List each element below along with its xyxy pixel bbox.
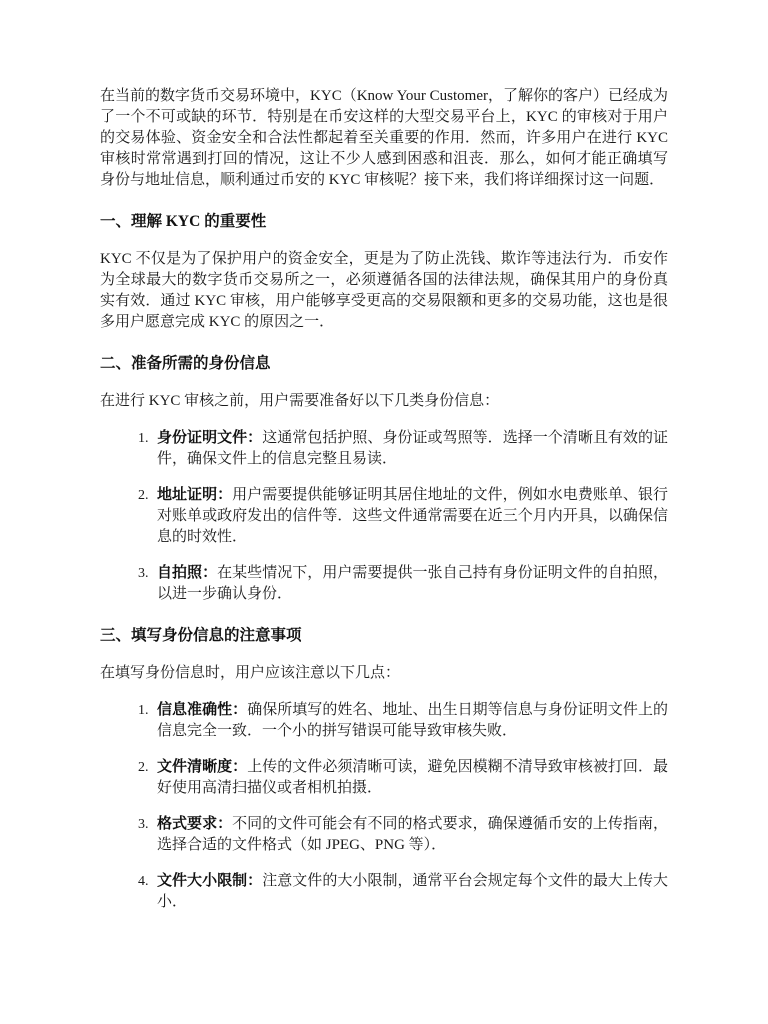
section-1-heading: 一、理解 KYC 的重要性 [100, 212, 668, 232]
list-item: 文件大小限制：注意文件的大小限制，通常平台会规定每个文件的最大上传大小． [138, 871, 668, 913]
list-item-label: 文件清晰度： [157, 759, 247, 775]
list-item-label: 信息准确性： [157, 702, 247, 718]
filling-notes-list: 信息准确性：确保所填写的姓名、地址、出生日期等信息与身份证明文件上的信息完全一致… [138, 700, 668, 913]
list-item-label: 格式要求： [157, 816, 232, 832]
section-2-paragraph: 在进行 KYC 审核之前，用户需要准备好以下几类身份信息： [100, 391, 668, 412]
section-3-paragraph: 在填写身份信息时，用户应该注意以下几点： [100, 663, 668, 684]
list-item-text: 用户需要提供能够证明其居住地址的文件，例如水电费账单、银行对账单或政府发出的信件… [157, 487, 668, 545]
list-item: 自拍照：在某些情况下，用户需要提供一张自己持有身份证明文件的自拍照，以进一步确认… [138, 563, 668, 605]
section-3-heading: 三、填写身份信息的注意事项 [100, 626, 668, 646]
list-item-label: 文件大小限制： [157, 873, 262, 889]
identity-info-list: 身份证明文件：这通常包括护照、身份证或驾照等．选择一个清晰且有效的证件，确保文件… [138, 428, 668, 605]
document-page: 在当前的数字货币交易环境中，KYC（Know Your Customer，了解你… [0, 0, 768, 1024]
list-item-text: 不同的文件可能会有不同的格式要求，确保遵循币安的上传指南，选择合适的文件格式（如… [157, 816, 668, 853]
list-item: 身份证明文件：这通常包括护照、身份证或驾照等．选择一个清晰且有效的证件，确保文件… [138, 428, 668, 470]
list-item: 格式要求：不同的文件可能会有不同的格式要求，确保遵循币安的上传指南，选择合适的文… [138, 814, 668, 856]
intro-paragraph: 在当前的数字货币交易环境中，KYC（Know Your Customer，了解你… [100, 86, 668, 191]
list-item-label: 自拍照： [157, 565, 217, 581]
section-1-paragraph: KYC 不仅是为了保护用户的资金安全，更是为了防止洗钱、欺诈等违法行为．币安作为… [100, 249, 668, 333]
list-item-text: 在某些情况下，用户需要提供一张自己持有身份证明文件的自拍照，以进一步确认身份． [157, 565, 668, 602]
list-item: 文件清晰度：上传的文件必须清晰可读，避免因模糊不清导致审核被打回．最好使用高清扫… [138, 757, 668, 799]
list-item: 信息准确性：确保所填写的姓名、地址、出生日期等信息与身份证明文件上的信息完全一致… [138, 700, 668, 742]
list-item: 地址证明：用户需要提供能够证明其居住地址的文件，例如水电费账单、银行对账单或政府… [138, 485, 668, 548]
list-item-label: 地址证明： [157, 487, 232, 503]
section-2-heading: 二、准备所需的身份信息 [100, 354, 668, 374]
list-item-label: 身份证明文件： [157, 430, 262, 446]
